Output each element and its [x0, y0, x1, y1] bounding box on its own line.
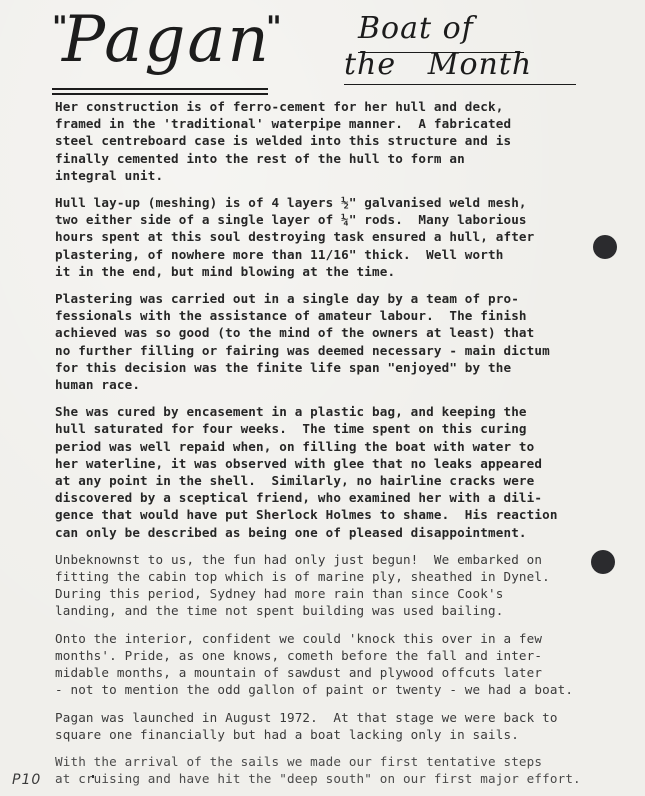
boat-name: Pagan: [62, 8, 271, 72]
title-double-underline: [52, 88, 268, 95]
page-number: P10: [12, 772, 41, 788]
paragraph-cabin-top: Unbeknownst to us, the fun had only just…: [55, 551, 645, 620]
subtitle-underline-2: [344, 84, 576, 85]
subtitle-line-2: the Month: [344, 50, 532, 80]
document-page: " Pagan " Boat of the Month Her construc…: [0, 0, 645, 796]
boat-of-the-month-heading: Boat of the Month: [344, 14, 584, 94]
title-quote-close: ": [266, 10, 282, 45]
boat-name-title: " Pagan ": [44, 8, 276, 108]
paragraph-curing: She was cured by encasement in a plastic…: [55, 403, 645, 541]
subtitle-line-1: Boat of: [358, 14, 474, 44]
paragraph-launch: Pagan was launched in August 1972. At th…: [55, 709, 645, 743]
article-body: Her construction is of ferro-cement for …: [55, 98, 645, 796]
paragraph-sails: With the arrival of the sails we made ou…: [55, 753, 645, 787]
ink-speck: [92, 775, 94, 778]
paragraph-interior: Onto the interior, confident we could 'k…: [55, 630, 645, 699]
paragraph-plastering: Plastering was carried out in a single d…: [55, 290, 645, 393]
paragraph-hull-layup: Hull lay-up (meshing) is of 4 layers ½" …: [55, 194, 645, 280]
hole-punch-lower: [591, 550, 615, 574]
paragraph-construction: Her construction is of ferro-cement for …: [55, 98, 645, 184]
hole-punch-upper: [593, 235, 617, 259]
